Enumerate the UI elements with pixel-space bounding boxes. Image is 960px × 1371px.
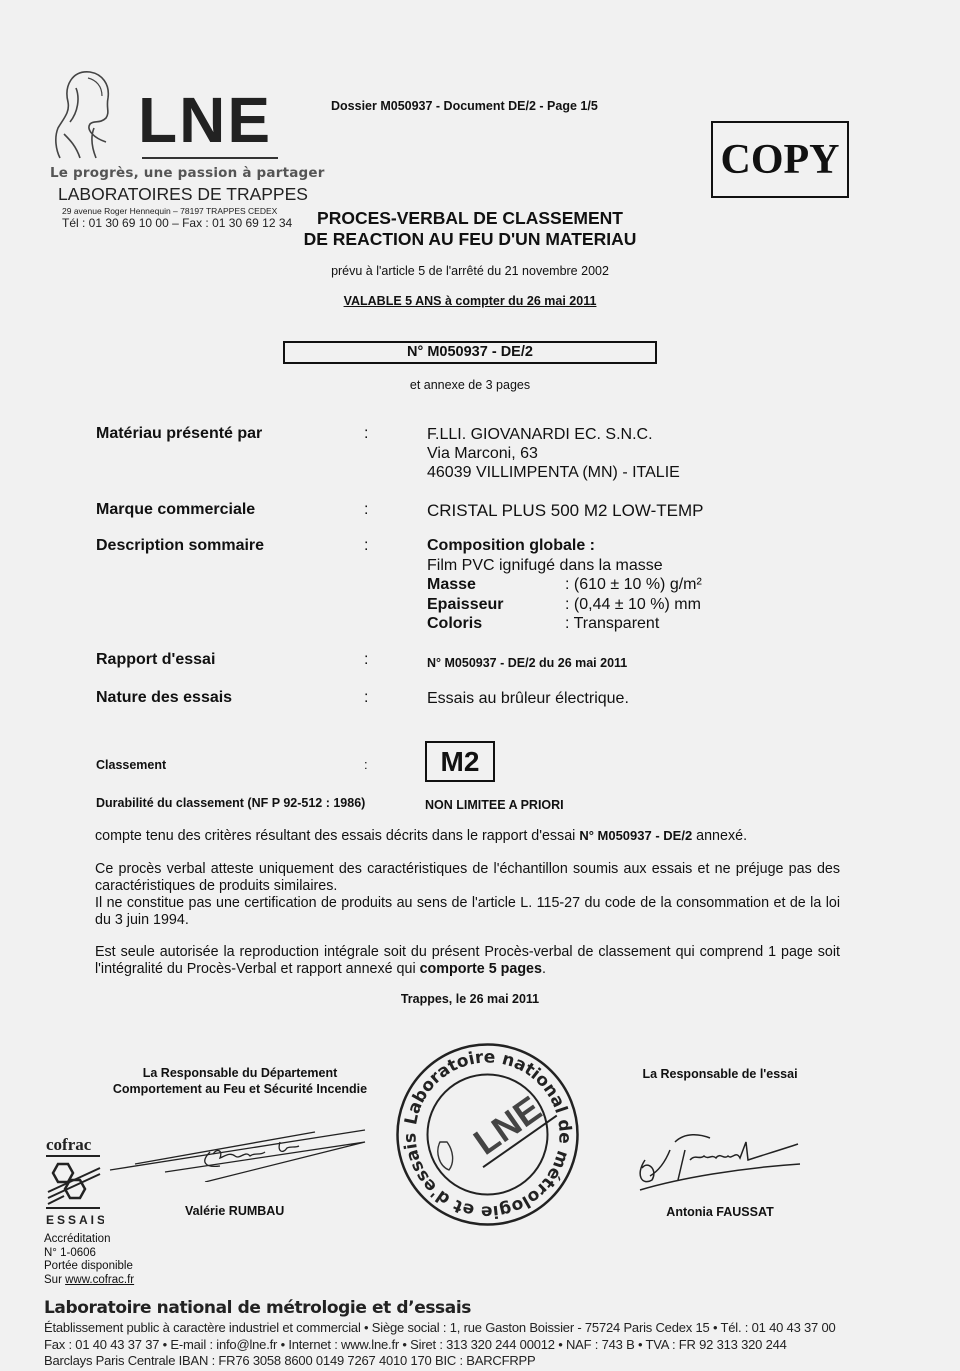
document-number: N° M050937 - DE/2	[283, 341, 657, 364]
company-city: 46039 VILLIMPENTA (MN) - ITALIE	[427, 463, 680, 482]
property-value: : (0,44 ± 10 %) mm	[565, 595, 701, 615]
classification-badge: M2	[425, 741, 495, 782]
validity-notice: VALABLE 5 ANS à compter du 26 mai 2011	[290, 294, 650, 308]
signatory-name-left: Valérie RUMBAU	[185, 1204, 284, 1218]
subtitle: prévu à l'article 5 de l'arrêté du 21 no…	[290, 264, 650, 278]
lne-logo-text: LNE	[138, 88, 272, 152]
property-name: Masse	[427, 575, 476, 595]
annex-note: et annexe de 3 pages	[290, 378, 650, 392]
property-value: : Transparent	[565, 614, 659, 634]
company-street: Via Marconi, 63	[427, 444, 680, 463]
footer-line-2: Fax : 01 40 43 37 37 • E-mail : info@lne…	[44, 1337, 787, 1352]
page-count: comporte 5 pages	[420, 961, 542, 977]
lne-official-seal-icon: Laboratoire national de métrologie et d'…	[395, 1042, 580, 1227]
logo-tagline: Le progrès, une passion à partager	[50, 165, 325, 181]
dossier-reference: Dossier M050937 - Document DE/2 - Page 1…	[331, 99, 598, 113]
composition-heading: Composition globale :	[427, 536, 595, 556]
copy-stamp: COPY	[711, 121, 849, 198]
property-value: : (610 ± 10 %) g/m²	[565, 575, 702, 595]
presented-by-label: Matériau présenté par	[96, 425, 262, 443]
property-name: Epaisseur	[427, 595, 503, 615]
footer-line-3: Barclays Paris Centrale IBAN : FR76 3058…	[44, 1353, 535, 1368]
brand-value: CRISTAL PLUS 500 M2 LOW-TEMP	[427, 501, 703, 520]
lab-address: 29 avenue Roger Hennequin – 78197 TRAPPE…	[62, 206, 277, 216]
svg-text:ESSAIS: ESSAIS	[46, 1213, 104, 1227]
marianne-logo-icon	[50, 68, 130, 160]
classification-value: M2	[441, 746, 480, 778]
company-name: F.LLI. GIOVANARDI EC. S.N.C.	[427, 425, 680, 444]
test-nature-value: Essais au brûleur électrique.	[427, 689, 629, 708]
footer-line-1: Établissement public à caractère industr…	[44, 1320, 836, 1335]
test-nature-label: Nature des essais	[96, 689, 232, 707]
scope-availability: Portée disponible	[44, 1260, 134, 1274]
description-label: Description sommaire	[96, 537, 264, 555]
criteria-paragraph: compte tenu des critères résultant des e…	[95, 827, 840, 845]
accreditation-number: N° 1-0606	[44, 1247, 134, 1261]
lab-name: LABORATOIRES DE TRAPPES	[58, 184, 308, 205]
signatory-title-line: Comportement au Feu et Sécurité Incendie	[95, 1082, 385, 1098]
department-head-title: La Responsable du Département Comporteme…	[95, 1066, 385, 1097]
footer-org-name: Laboratoire national de métrologie et d’…	[44, 1298, 471, 1318]
cofrac-link[interactable]: www.cofrac.fr	[65, 1274, 134, 1286]
presented-by-value: F.LLI. GIOVANARDI EC. S.N.C. Via Marconi…	[427, 425, 680, 482]
place-date: Trappes, le 26 mai 2011	[290, 992, 650, 1006]
durability-label: Durabilité du classement (NF P 92-512 : …	[96, 796, 365, 810]
reproduction-paragraph: Est seule autorisée la reproduction inté…	[95, 944, 840, 978]
svg-text:cofrac: cofrac	[46, 1135, 92, 1154]
accreditation-info: Accréditation N° 1-0606 Portée disponibl…	[44, 1233, 134, 1287]
composition-text: Film PVC ignifugé dans la masse	[427, 556, 663, 575]
report-reference: N° M050937 - DE/2	[579, 828, 692, 843]
separator: :	[364, 689, 368, 707]
test-report-label: Rapport d'essai	[96, 651, 215, 669]
signatory-title-line: La Responsable du Département	[95, 1066, 385, 1082]
signature-faussat-icon	[630, 1120, 805, 1195]
test-report-value: N° M050937 - DE/2 du 26 mai 2011	[427, 654, 627, 673]
separator: :	[364, 651, 368, 669]
certification-paragraph: Il ne constitue pas une certification de…	[95, 895, 840, 929]
property-name: Coloris	[427, 614, 482, 634]
separator: :	[364, 757, 368, 772]
accreditation-label: Accréditation	[44, 1233, 134, 1247]
separator: :	[364, 425, 368, 443]
copy-stamp-text: COPY	[721, 136, 840, 184]
title-line-2: DE REACTION AU FEU D'UN MATERIAU	[290, 229, 650, 250]
scope-paragraph: Ce procès verbal atteste uniquement des …	[95, 861, 840, 895]
test-manager-title: La Responsable de l'essai	[620, 1067, 820, 1081]
title-line-1: PROCES-VERBAL DE CLASSEMENT	[290, 208, 650, 229]
lab-phone: Tél : 01 30 69 10 00 – Fax : 01 30 69 12…	[62, 216, 292, 230]
separator: :	[364, 537, 368, 555]
cofrac-link-line: Sur www.cofrac.fr	[44, 1274, 134, 1288]
page-title: PROCES-VERBAL DE CLASSEMENT DE REACTION …	[290, 208, 650, 250]
logo-rule	[142, 157, 278, 159]
separator: :	[364, 501, 368, 519]
durability-value: NON LIMITEE A PRIORI	[425, 796, 564, 815]
classification-label: Classement	[96, 758, 166, 772]
signatory-name-right: Antonia FAUSSAT	[640, 1205, 800, 1219]
cofrac-accreditation-logo-icon: cofrac ESSAIS	[44, 1132, 104, 1227]
brand-label: Marque commerciale	[96, 501, 255, 519]
signature-rumbau-icon	[105, 1112, 375, 1182]
